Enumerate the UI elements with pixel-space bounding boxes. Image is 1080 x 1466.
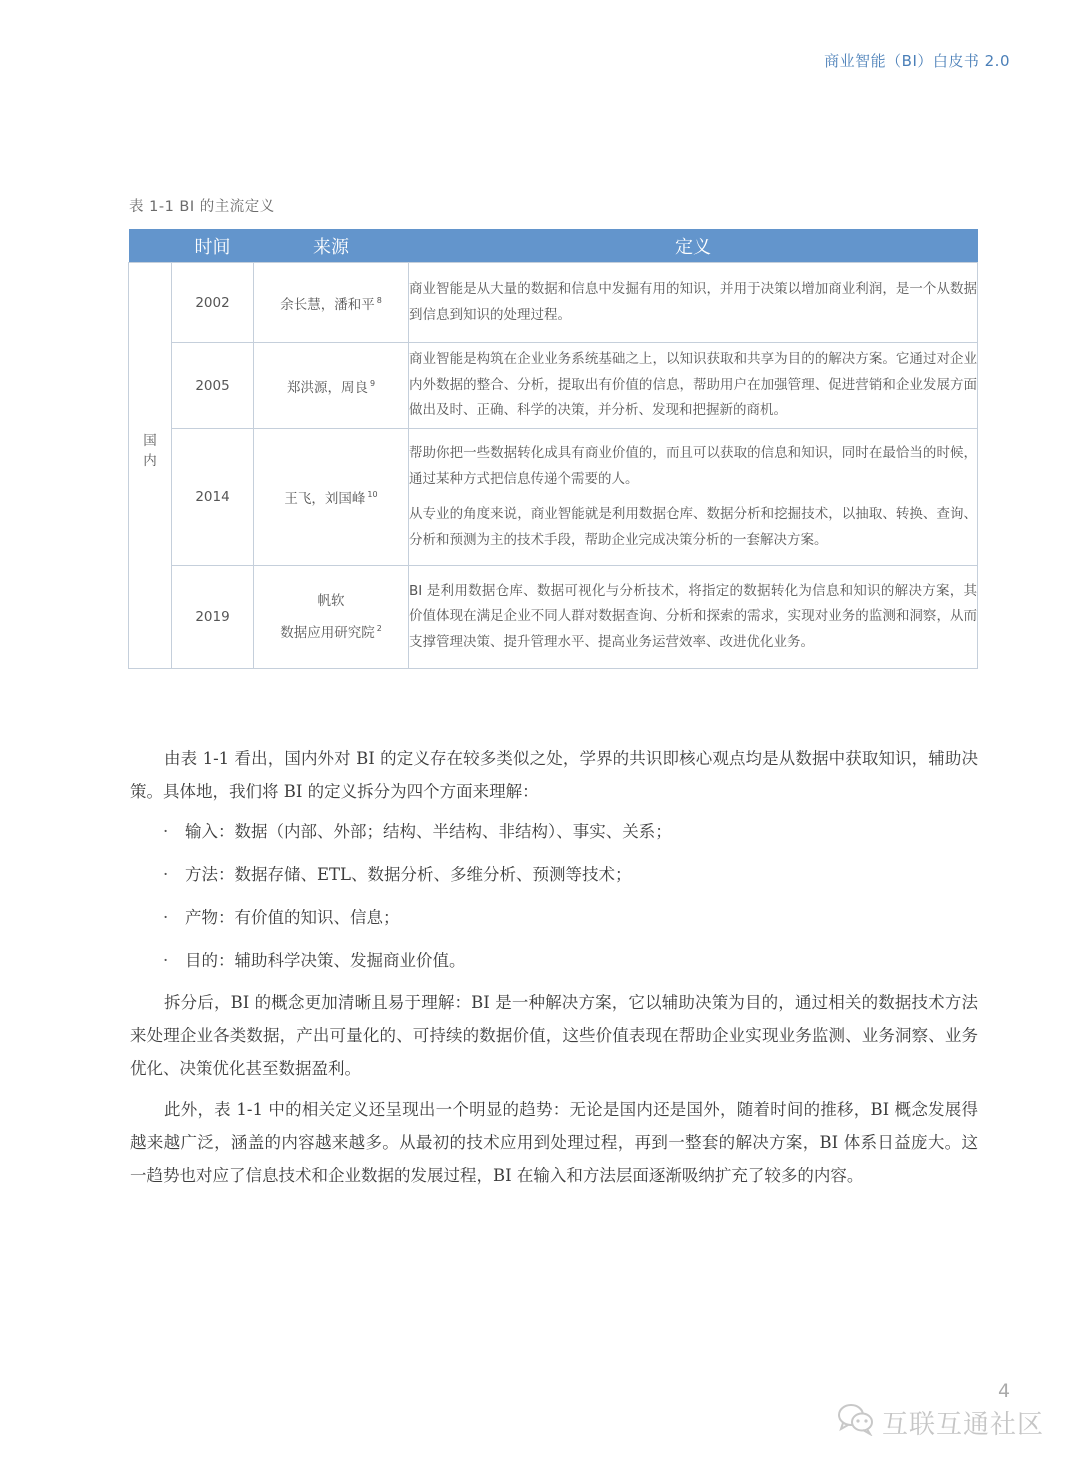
body-text: 由表 1-1 看出，国内外对 BI 的定义存在较多类似之处，学界的共识即核心观点…: [130, 742, 978, 1192]
source-cell: 王飞，刘国峰10: [254, 429, 409, 566]
list-item: ·方法：数据存储、ETL、数据分析、多维分析、预测等技术；: [130, 853, 978, 896]
intro-paragraph: 由表 1-1 看出，国内外对 BI 的定义存在较多类似之处，学界的共识即核心观点…: [130, 742, 978, 808]
list-item: ·输入：数据（内部、外部；结构、半结构、非结构）、事实、关系；: [130, 810, 978, 853]
table-caption: 表 1-1 BI 的主流定义: [129, 195, 275, 216]
footnote-ref: 2: [377, 624, 382, 633]
column-header-definition: 定义: [409, 229, 978, 263]
source-cell: 帆软数据应用研究院2: [254, 566, 409, 669]
column-header-region: [129, 229, 172, 263]
year-cell: 2019: [172, 566, 254, 669]
aspect-list: ·输入：数据（内部、外部；结构、半结构、非结构）、事实、关系； ·方法：数据存储…: [130, 810, 978, 982]
table-row: 国内 2002 余长慧，潘和平8 商业智能是从大量的数据和信息中发掘有用的知识，…: [129, 263, 978, 343]
bullet-icon: ·: [130, 853, 185, 896]
watermark-text: 互联互通社区: [882, 1404, 1044, 1441]
source-cell: 郑洪源，周良9: [254, 343, 409, 429]
table-row: 2014 王飞，刘国峰10 帮助你把一些数据转化成具有商业价值的，而且可以获取的…: [129, 429, 978, 566]
year-cell: 2002: [172, 263, 254, 343]
definition-cell: 帮助你把一些数据转化成具有商业价值的，而且可以获取的信息和知识，同时在最恰当的时…: [409, 429, 978, 566]
list-item: ·目的：辅助科学决策、发掘商业价值。: [130, 939, 978, 982]
table-row: 2005 郑洪源，周良9 商业智能是构筑在企业业务系统基础之上，以知识获取和共享…: [129, 343, 978, 429]
bullet-icon: ·: [130, 810, 185, 853]
definition-cell: 商业智能是从大量的数据和信息中发掘有用的知识，并用于决策以增加商业利润，是一个从…: [409, 263, 978, 343]
bullet-icon: ·: [130, 896, 185, 939]
watermark: 互联互通社区: [836, 1402, 1044, 1443]
table-row: 2019 帆软数据应用研究院2 BI 是利用数据仓库、数据可视化与分析技术，将指…: [129, 566, 978, 669]
running-header-title: 商业智能（BI）白皮书 2.0: [824, 50, 1010, 71]
table-header-row: 时间 来源 定义: [129, 229, 978, 263]
definition-cell: BI 是利用数据仓库、数据可视化与分析技术，将指定的数据转化为信息和知识的解决方…: [409, 566, 978, 669]
column-header-time: 时间: [172, 229, 254, 263]
year-cell: 2005: [172, 343, 254, 429]
definitions-table: 时间 来源 定义 国内 2002 余长慧，潘和平8 商业智能是从大量的数据和信息…: [128, 229, 978, 669]
region-label: 国内: [141, 431, 159, 471]
wechat-icon: [836, 1402, 876, 1443]
trend-paragraph: 此外，表 1-1 中的相关定义还呈现出一个明显的趋势：无论是国内还是国外，随着时…: [130, 1093, 978, 1192]
page-number: 4: [998, 1380, 1010, 1402]
source-cell: 余长慧，潘和平8: [254, 263, 409, 343]
summary-paragraph: 拆分后，BI 的概念更加清晰且易于理解：BI 是一种解决方案，它以辅助决策为目的…: [130, 986, 978, 1085]
footnote-ref: 10: [367, 490, 377, 499]
bullet-icon: ·: [130, 939, 185, 982]
column-header-source: 来源: [254, 229, 409, 263]
footnote-ref: 8: [377, 296, 382, 305]
year-cell: 2014: [172, 429, 254, 566]
footnote-ref: 9: [370, 379, 375, 388]
definition-cell: 商业智能是构筑在企业业务系统基础之上，以知识获取和共享为目的的解决方案。它通过对…: [409, 343, 978, 429]
region-cell: 国内: [129, 263, 172, 669]
list-item: ·产物：有价值的知识、信息；: [130, 896, 978, 939]
